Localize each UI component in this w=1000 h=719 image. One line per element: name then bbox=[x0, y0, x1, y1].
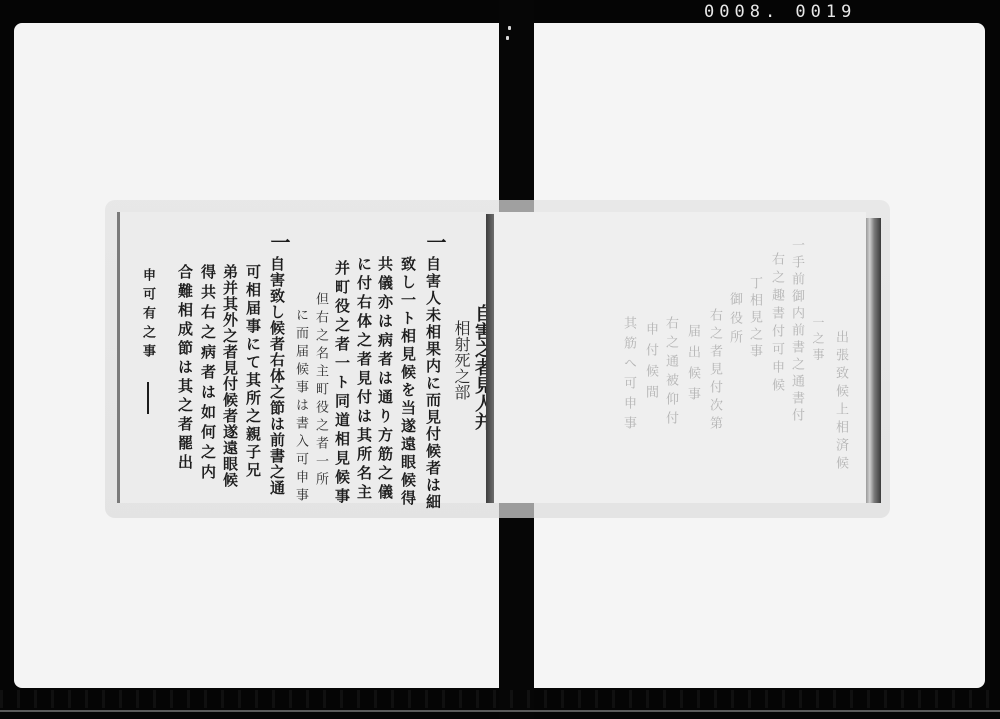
pencil-column: 一之事 bbox=[812, 316, 824, 364]
text-column: 弟并其外之者見付候者遂遠眼候 bbox=[222, 264, 237, 488]
text-column: 自害人未相果内に而見付候者は細 bbox=[425, 256, 440, 511]
text-column: 合難相成節は其之者罷出 bbox=[177, 264, 192, 473]
pencil-column: 届出候事 bbox=[686, 324, 699, 408]
text-column: 可相届事にて其所之親子兄 bbox=[245, 264, 260, 480]
closing-column: 申可有之事 bbox=[141, 268, 154, 363]
text-column: 共儀亦は病者は通り方筋之儀 bbox=[377, 256, 392, 503]
dust-speck bbox=[508, 26, 511, 30]
film-edge-line bbox=[0, 710, 1000, 712]
pencil-column: 其筋へ可申事 bbox=[622, 316, 635, 436]
pencil-column: 申付候間 bbox=[644, 322, 657, 406]
text-column: 自害致し候者右体之節は前書之通 bbox=[269, 256, 284, 496]
pencil-column: 御役所 bbox=[728, 292, 741, 349]
text-column: 并町役之者一ト同道相見候事 bbox=[334, 260, 349, 507]
title-column: 相射死之部 bbox=[453, 320, 469, 400]
frame-counter: 0008. 0019 bbox=[704, 1, 856, 23]
entry-marker: 一 bbox=[269, 232, 289, 252]
note-column: 但右之名主町役之者一所 bbox=[314, 292, 327, 490]
dust-speck bbox=[506, 36, 509, 40]
note-column: に而届候事は書入可申事 bbox=[294, 308, 307, 506]
pencil-column: 右之趣書付可申候 bbox=[770, 252, 783, 396]
text-column: 得共右之病者は如何之内 bbox=[200, 264, 215, 484]
pencil-column: 右之通被仰付 bbox=[664, 316, 677, 430]
page-fold bbox=[486, 214, 494, 503]
pencil-column: 出張致候上相済候 bbox=[834, 330, 847, 474]
film-edge-noise bbox=[0, 690, 1000, 708]
left-page: 自害之者見人并 相射死之部 一 自害人未相果内に而見付候者は細 致し一ト相見候を… bbox=[117, 212, 486, 503]
pencil-column: 一手前御内前書之通書付 bbox=[790, 238, 803, 425]
book-page-edge bbox=[866, 218, 881, 503]
entry-marker: 一 bbox=[425, 232, 445, 252]
pencil-column: 右之者見付次第 bbox=[708, 308, 721, 434]
text-column: に付右体之者見付は其所名主 bbox=[356, 256, 371, 503]
closing-stroke bbox=[147, 382, 149, 414]
right-page: 出張致候上相済候 一之事 一手前御内前書之通書付 右之趣書付可申候 丁相見之事 … bbox=[494, 212, 866, 503]
text-column: 致し一ト相見候を当遂遠眼候得 bbox=[400, 256, 415, 508]
pencil-column: 丁相見之事 bbox=[748, 276, 761, 361]
